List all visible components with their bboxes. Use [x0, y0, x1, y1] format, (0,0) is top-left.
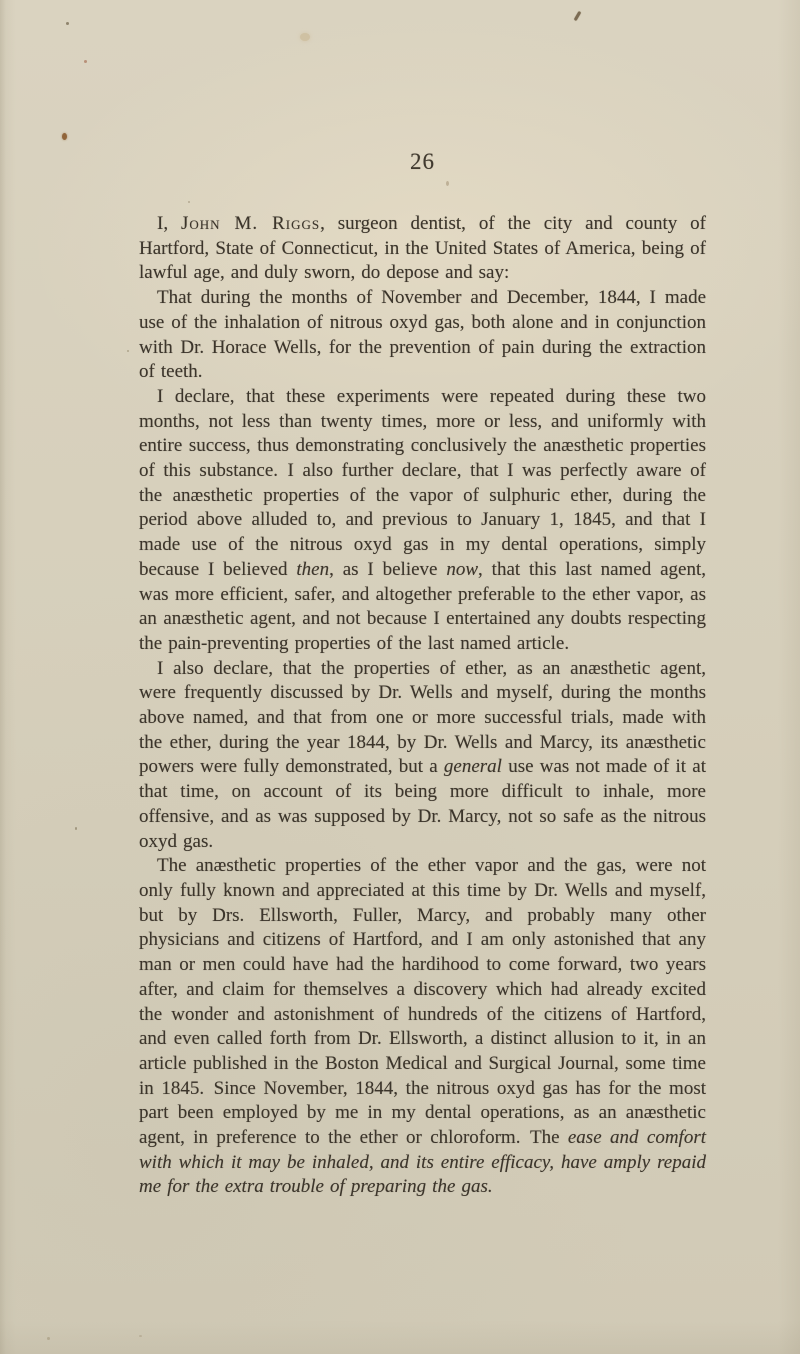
foxing-spot — [75, 827, 77, 830]
deposition-text: I, John M. Riggs, surgeon dentist, of th… — [139, 212, 706, 1200]
text-segment: now — [446, 559, 478, 580]
foxing-spot — [62, 133, 67, 140]
ink-mark — [574, 11, 582, 21]
text-segment: then — [296, 559, 329, 580]
foxing-spot — [446, 181, 449, 186]
foxing-spot — [139, 1335, 142, 1337]
paragraph-conclusion: The anæsthetic properties of the ether v… — [139, 854, 706, 1200]
page-number: 26 — [139, 149, 706, 175]
text-segment: , as I believe — [329, 559, 446, 580]
book-page: 26 I, John M. Riggs, surgeon dentist, of… — [0, 0, 800, 1354]
foxing-spot — [47, 1337, 50, 1340]
paragraph-ether: I also declare, that the properties of e… — [139, 657, 706, 855]
paragraph-oath: I, John M. Riggs, surgeon dentist, of th… — [139, 212, 706, 286]
foxing-spot — [300, 33, 310, 41]
paragraph-experiments: I declare, that these experiments were r… — [139, 385, 706, 657]
text-segment: That during the months of November and D… — [139, 287, 706, 382]
text-segment: I declare, that these experiments were r… — [139, 386, 706, 580]
text-segment: The anæsthetic properties of the ether v… — [139, 855, 706, 1148]
foxing-spot — [66, 22, 69, 25]
text-segment: general — [444, 756, 502, 777]
text-segment: John M. Riggs — [181, 213, 320, 234]
foxing-spot — [127, 350, 129, 352]
foxing-spot — [84, 60, 87, 63]
paragraph-gas-use: That during the months of November and D… — [139, 286, 706, 385]
text-segment: I, — [157, 213, 181, 234]
foxing-spot — [188, 201, 190, 203]
